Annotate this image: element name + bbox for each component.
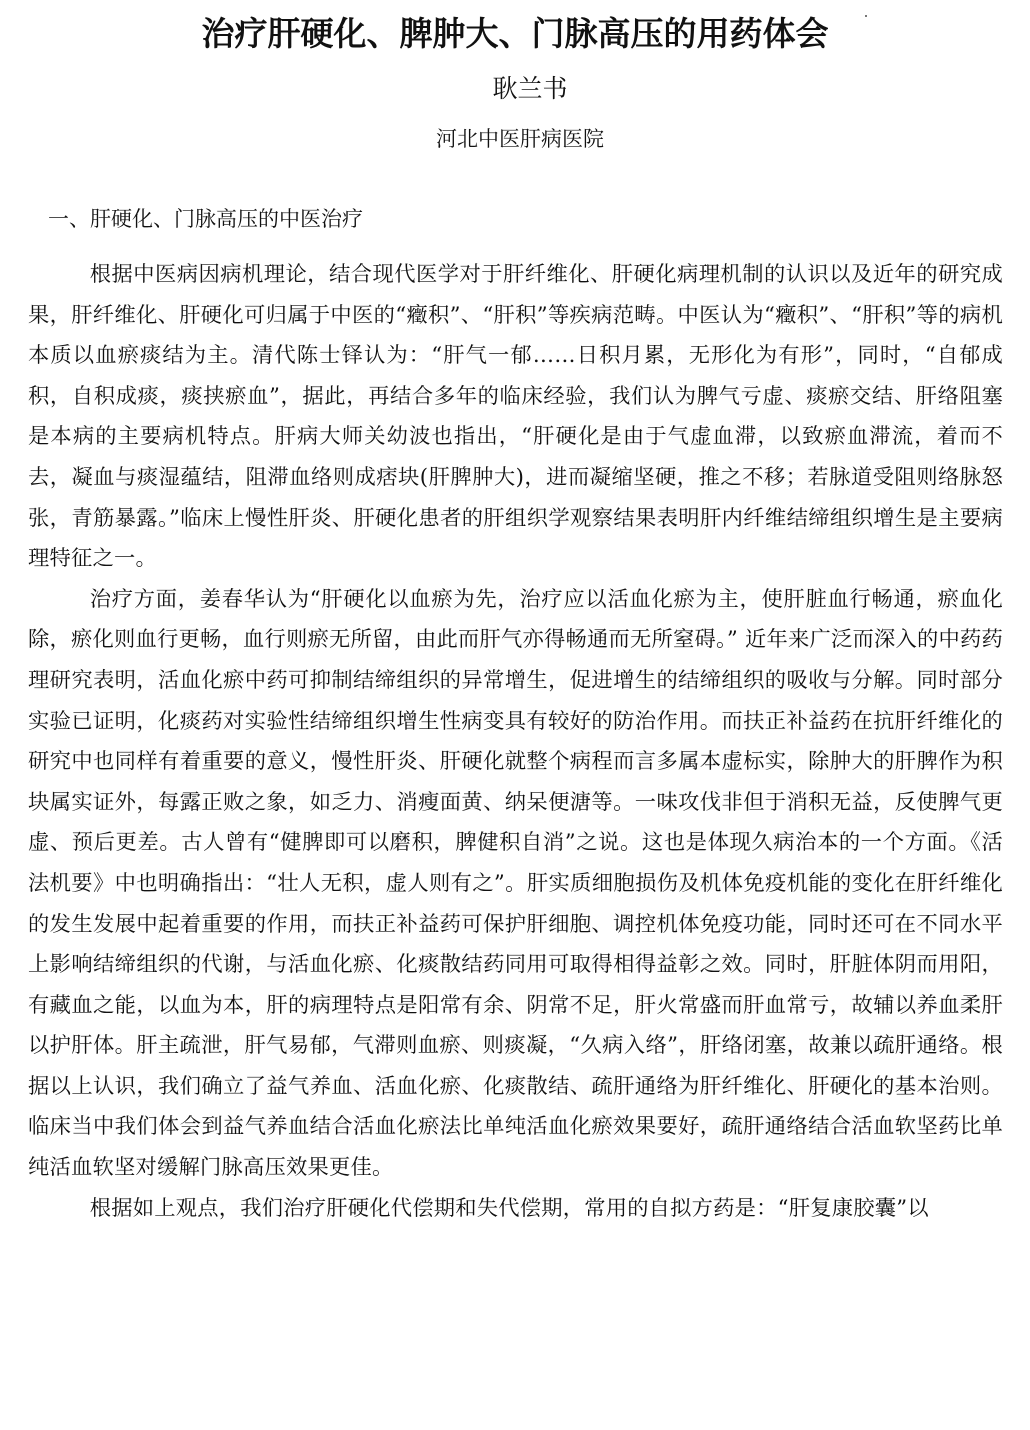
paragraph: 根据中医病因病机理论，结合现代医学对于肝纤维化、肝硬化病理机制的认识以及近年的研… [28,255,1003,580]
author-name: 耿兰书 [0,72,1030,106]
paragraph: 根据如上观点，我们治疗肝硬化代偿期和失代偿期，常用的自拟方药是：“肝复康胶囊”以 [28,1189,1003,1230]
paragraph: 治疗方面，姜春华认为“肝硬化以血瘀为先，治疗应以活血化瘀为主，使肝脏血行畅通，瘀… [28,580,1003,1189]
document-page: 治疗肝硬化、脾肿大、门脉高压的用药体会 耿兰书 河北中医肝病医院 一、肝硬化、门… [0,0,1030,1430]
author-affiliation: 河北中医肝病医院 [0,124,1030,154]
document-title: 治疗肝硬化、脾肿大、门脉高压的用药体会 [0,12,1030,56]
section-body: 根据中医病因病机理论，结合现代医学对于肝纤维化、肝硬化病理机制的认识以及近年的研… [28,255,1003,1229]
section-heading: 一、肝硬化、门脉高压的中医治疗 [48,204,363,234]
